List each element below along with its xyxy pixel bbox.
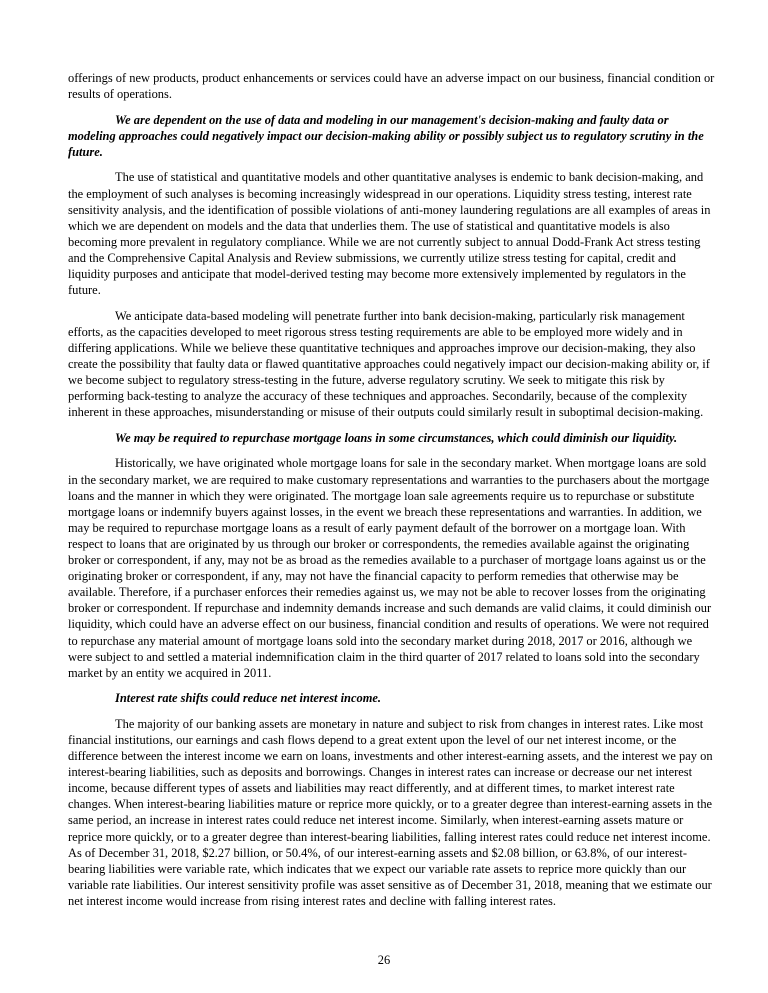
page-number: 26 bbox=[0, 953, 768, 968]
paragraph-mortgage-repurchase: Historically, we have originated whole m… bbox=[68, 455, 716, 680]
paragraph-data-modeling-2: We anticipate data-based modeling will p… bbox=[68, 308, 716, 421]
paragraph-interest-rate: The majority of our banking assets are m… bbox=[68, 716, 716, 909]
paragraph-continuation: offerings of new products, product enhan… bbox=[68, 70, 716, 102]
risk-heading-interest-rate: Interest rate shifts could reduce net in… bbox=[68, 690, 716, 706]
risk-heading-mortgage-repurchase: We may be required to repurchase mortgag… bbox=[68, 430, 716, 446]
risk-heading-data-modeling: We are dependent on the use of data and … bbox=[68, 112, 716, 160]
paragraph-data-modeling-1: The use of statistical and quantitative … bbox=[68, 169, 716, 298]
document-page: offerings of new products, product enhan… bbox=[68, 70, 716, 919]
